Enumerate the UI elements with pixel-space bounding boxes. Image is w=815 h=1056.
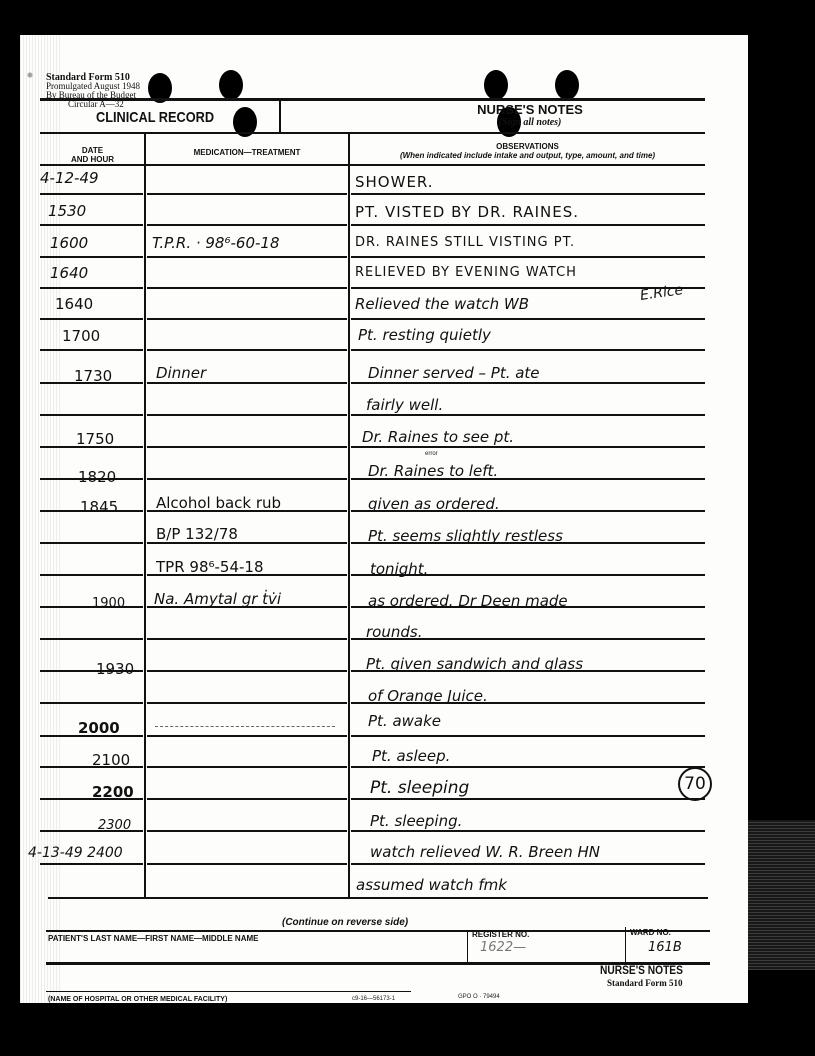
medication-cell: B/P 132/78 xyxy=(156,525,238,543)
form-identifier: Standard Form 510 Promulgated August 194… xyxy=(46,73,140,109)
date-cell: 1900 xyxy=(92,596,125,611)
observations-label: OBSERVATIONS xyxy=(350,142,705,151)
date-cell: 2100 xyxy=(92,751,130,769)
row-line xyxy=(40,256,143,258)
row-line xyxy=(147,287,347,289)
patient-name-label: PATIENT'S LAST NAME—FIRST NAME—MIDDLE NA… xyxy=(48,934,259,943)
divider xyxy=(40,98,705,101)
observation-cell: RELIEVED BY EVENING WATCH xyxy=(355,265,577,280)
observation-cell: Dinner served – Pt. ate xyxy=(368,364,540,382)
row-line xyxy=(351,224,705,226)
scan-edge-noise xyxy=(748,820,815,970)
date-cell: 1930 xyxy=(96,660,134,678)
row-line xyxy=(40,638,143,640)
date-cell: 1640 xyxy=(50,264,88,282)
row-line xyxy=(40,574,143,576)
column-header-date: DATE AND HOUR xyxy=(40,146,145,164)
divider xyxy=(46,930,710,932)
divider xyxy=(348,134,350,898)
observation-cell: Pt. given sandwich and glass xyxy=(366,655,583,673)
row-line xyxy=(147,766,347,768)
row-line xyxy=(40,193,143,195)
observation-cell: Dr. Raines to see pt. xyxy=(362,428,514,446)
date-cell: 1600 xyxy=(50,234,88,252)
row-line xyxy=(147,414,347,416)
row-line xyxy=(147,830,347,832)
observation-cell: fairly well. xyxy=(366,396,443,414)
print-code: c9-16—56173-1 xyxy=(352,996,395,1002)
date-cell: 1530 xyxy=(48,202,86,220)
row-line xyxy=(40,318,143,320)
row-line xyxy=(40,702,143,704)
column-header-medication: MEDICATION—TREATMENT xyxy=(146,148,348,157)
observation-cell: given as ordered. xyxy=(368,495,500,513)
observation-cell: Pt. awake xyxy=(368,712,441,730)
date-cell: 1700 xyxy=(62,327,100,345)
row-line xyxy=(147,446,347,448)
page-number-badge: 70 xyxy=(678,767,712,801)
punch-hole-icon xyxy=(484,70,508,100)
row-line xyxy=(40,542,143,544)
error-mark: error xyxy=(425,451,438,457)
row-line xyxy=(147,478,347,480)
footer-form-name: NURSE'S NOTES xyxy=(600,963,683,977)
ward-value: 161B xyxy=(648,940,682,955)
medication-cell: Alcohol back rub xyxy=(156,494,281,512)
observation-cell: assumed watch fmk xyxy=(356,876,507,894)
date-cell: 1730 xyxy=(74,367,112,385)
divider xyxy=(40,164,705,166)
footer-form-number: Standard Form 510 xyxy=(607,978,683,988)
date-cell: 1750 xyxy=(76,430,114,448)
row-line xyxy=(147,256,347,258)
row-line xyxy=(351,193,705,195)
row-line xyxy=(147,863,347,865)
observation-cell: of Orange Juice. xyxy=(368,687,488,705)
medication-cell: Dinner xyxy=(156,364,206,382)
date-cell: 2000 xyxy=(78,719,120,737)
row-line xyxy=(40,414,143,416)
medication-cell: Na. Amytal gr ṫv̇i xyxy=(154,590,281,608)
observation-cell: Pt. seems slightly restless xyxy=(368,527,563,545)
row-line xyxy=(40,349,143,351)
date-cell: 4-12-49 xyxy=(40,169,99,187)
date-cell: 1640 xyxy=(55,295,93,313)
ward-label: WARD NO. xyxy=(630,928,671,937)
row-line xyxy=(351,798,705,800)
column-header-observations: OBSERVATIONS (When indicated include int… xyxy=(350,142,705,160)
observation-cell: rounds. xyxy=(366,623,422,641)
column-header-date-line1: DATE xyxy=(40,146,145,155)
date-cell: 2200 xyxy=(92,783,134,801)
medication-cell: T.P.R. · 98⁶-60-18 xyxy=(152,234,280,252)
row-line xyxy=(147,318,347,320)
divider xyxy=(46,991,411,992)
row-line xyxy=(40,287,143,289)
register-label: REGISTER NO. xyxy=(472,930,529,939)
row-line xyxy=(351,382,705,384)
hospital-name-label: (NAME OF HOSPITAL OR OTHER MEDICAL FACIL… xyxy=(48,996,227,1003)
observation-cell: DR. RAINES STILL VISTING PT. xyxy=(355,235,575,250)
observation-cell: Pt. resting quietly xyxy=(358,326,491,344)
medication-cell: TPR 98⁶-54-18 xyxy=(156,558,264,576)
row-line xyxy=(147,735,347,737)
row-line xyxy=(147,702,347,704)
divider xyxy=(40,132,705,134)
observation-cell: Pt. sleeping xyxy=(370,778,469,798)
row-line xyxy=(147,670,347,672)
row-line xyxy=(147,382,347,384)
divider xyxy=(467,930,468,963)
observation-cell: SHOWER. xyxy=(355,173,434,191)
circular-line: Circular A—32 xyxy=(46,100,140,109)
observation-cell: Pt. asleep. xyxy=(372,747,450,765)
row-line xyxy=(147,224,347,226)
punch-hole-icon xyxy=(555,70,579,100)
date-cell: 1845 xyxy=(80,498,118,516)
record-title: CLINICAL RECORD xyxy=(96,109,214,126)
punch-hole-icon xyxy=(219,70,243,100)
observation-cell: Dr. Raines to left. xyxy=(368,462,498,480)
observation-cell: Pt. sleeping. xyxy=(370,812,462,830)
row-line xyxy=(351,735,705,737)
date-cell: 2300 xyxy=(98,818,131,833)
row-line xyxy=(351,349,705,351)
row-line xyxy=(147,193,347,195)
observation-cell: Relieved the watch WB xyxy=(355,295,529,313)
row-line xyxy=(351,414,705,416)
row-line xyxy=(40,863,143,865)
row-line xyxy=(147,638,347,640)
divider xyxy=(625,927,626,963)
register-value: 1622— xyxy=(480,940,526,955)
row-line xyxy=(351,446,705,448)
row-line xyxy=(351,766,705,768)
observation-cell: as ordered. Dr Deen made xyxy=(368,592,568,610)
row-line xyxy=(351,863,705,865)
section-title: NURSE'S NOTES xyxy=(350,102,710,117)
column-header-date-line2: AND HOUR xyxy=(40,155,145,164)
continue-note: (Continue on reverse side) xyxy=(282,917,408,928)
row-line xyxy=(147,349,347,351)
row-line xyxy=(351,830,705,832)
row-line xyxy=(351,318,705,320)
divider xyxy=(144,134,146,898)
gpo-code: GPO O · 79494 xyxy=(458,994,500,1000)
date-cell: 1820 xyxy=(78,468,116,486)
date-cell: 4-13-49 2400 xyxy=(28,845,123,861)
row-line xyxy=(147,798,347,800)
row-line xyxy=(351,256,705,258)
observations-note: (When indicated include intake and outpu… xyxy=(350,151,705,160)
observation-cell: PT. VISTED BY DR. RAINES. xyxy=(355,203,579,221)
observation-cell: tonight. xyxy=(370,560,428,578)
divider xyxy=(279,100,281,133)
dashed-mark xyxy=(155,726,335,727)
divider xyxy=(48,897,708,899)
section-subtitle: (Sign all notes) xyxy=(350,117,710,128)
row-line xyxy=(40,224,143,226)
observation-cell: watch relieved W. R. Breen HN xyxy=(370,843,600,861)
